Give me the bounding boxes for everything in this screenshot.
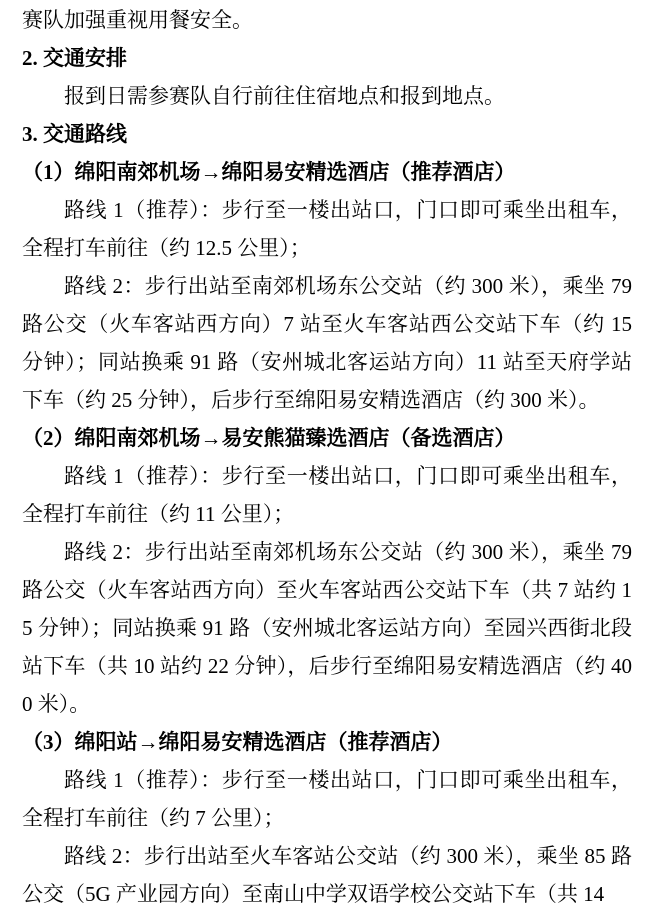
paragraph-station-yian-route2-bus: 路线 2：步行出站至火车客站公交站（约 300 米），乘坐 85 路公交（5G … [22, 837, 632, 908]
paragraph-airport-yian-route1-taxi: 路线 1（推荐）：步行至一楼出站口，门口即可乘坐出租车，全程打车前往（约 12.… [22, 191, 632, 267]
heading-route1-airport-to-yian-hotel: （1）绵阳南郊机场→绵阳易安精选酒店（推荐酒店） [22, 153, 632, 191]
paragraph-checkin-transport: 报到日需参赛队自行前往住宿地点和报到地点。 [22, 77, 632, 115]
paragraph-airport-panda-route1-taxi: 路线 1（推荐）：步行至一楼出站口，门口即可乘坐出租车，全程打车前往（约 11 … [22, 457, 632, 533]
heading-traffic-routes: 3. 交通路线 [22, 115, 632, 153]
heading-route2-airport-to-panda-hotel: （2）绵阳南郊机场→易安熊猫臻选酒店（备选酒店） [22, 419, 632, 457]
heading-route3-station-to-yian-hotel: （3）绵阳站→绵阳易安精选酒店（推荐酒店） [22, 723, 632, 761]
paragraph-airport-yian-route2-bus: 路线 2：步行出站至南郊机场东公交站（约 300 米），乘坐 79 路公交（火车… [22, 267, 632, 419]
heading-traffic-arrangement: 2. 交通安排 [22, 39, 632, 77]
paragraph-dining-safety-continuation: 赛队加强重视用餐安全。 [22, 1, 632, 39]
paragraph-station-yian-route1-taxi: 路线 1（推荐）：步行至一楼出站口，门口即可乘坐出租车，全程打车前往（约 7 公… [22, 761, 632, 837]
paragraph-airport-panda-route2-bus: 路线 2：步行出站至南郊机场东公交站（约 300 米），乘坐 79 路公交（火车… [22, 533, 632, 723]
document-page: 赛队加强重视用餐安全。 2. 交通安排 报到日需参赛队自行前往住宿地点和报到地点… [0, 0, 652, 908]
